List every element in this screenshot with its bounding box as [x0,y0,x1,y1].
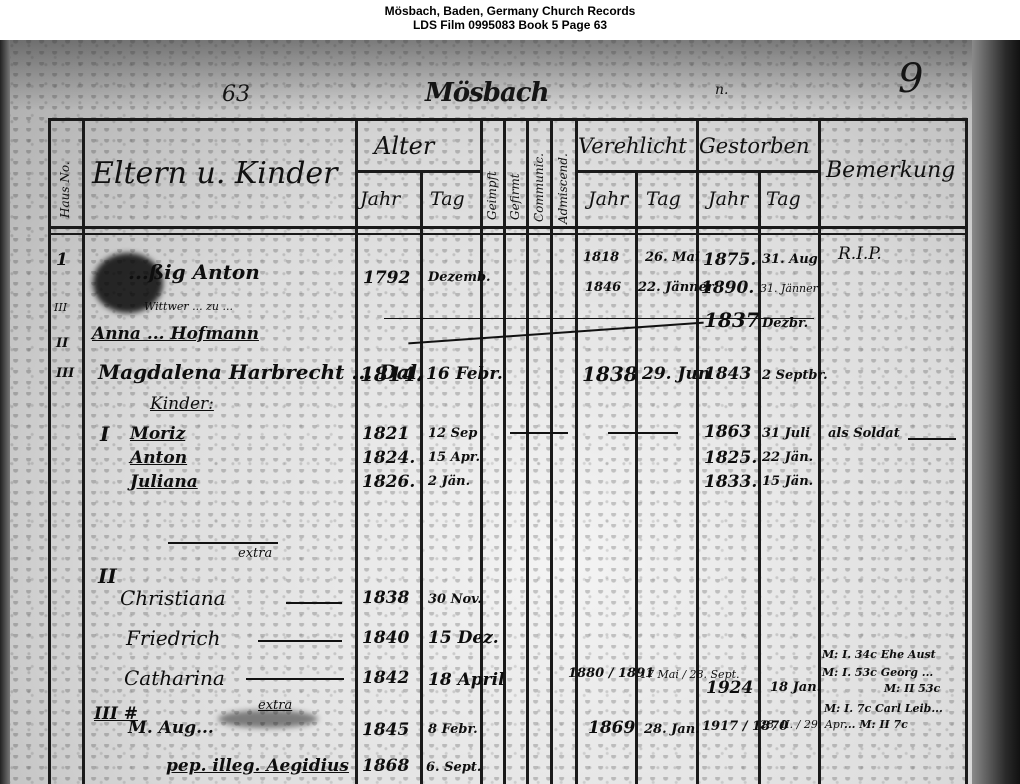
header-confirmed: Gefirmt [508,173,522,220]
entry-2-death-year: 1837 [704,308,760,332]
header-communion: Communic. [532,153,546,222]
caption-title: Mösbach, Baden, Germany Church Records [0,4,1020,18]
dash-line [246,678,344,680]
header-remarks: Bemerkung [826,158,955,183]
col-rule-1 [82,118,85,784]
right-page-edge [972,40,1020,784]
child-III-1-name: pep. illeg. Aegidius [166,756,349,776]
entry-3-birth-year: 1814. [360,362,423,386]
child-I-1-birth-year: 1824. [362,448,415,468]
group-II-marker: II [98,564,117,588]
entry-0-marr-year: 1818 [583,250,619,265]
child-I-2-birth-day: 2 Jän. [428,474,470,489]
header-died: Gestorben [699,134,810,158]
entry-3-death-year: 1843 [704,364,751,384]
group-I-marker: I [100,422,109,446]
col-rule-11 [758,170,761,784]
child-I-0-birth-year: 1821 [362,424,409,444]
table-top-rule [48,118,968,121]
group-II-note: extra [238,546,272,561]
page-number: 63 [222,82,250,107]
corner-mark: n. [715,82,728,98]
entry-0-death-year: 1875. [703,250,756,270]
entry-2-house: II [56,336,68,351]
remark-line-2: M: II 53c [884,682,940,695]
strikeout-smudge [218,710,318,728]
entry-0-marr-day: 26. Mai [645,250,700,265]
child-II-2-death-day: 18 Jan. [770,680,821,695]
child-II-1-name: Friedrich [126,626,221,650]
child-II-1-birth-day: 15 Dez. [428,628,499,648]
col-rule-3 [420,170,423,784]
child-II-2-name: Catharina [124,666,225,690]
child-III-0-death-day: 28. II. / 29. Apr. [760,718,847,731]
child-II-2-birth-year: 1842 [362,668,409,688]
header-married-day: Tag [646,188,681,210]
col-rule-7 [550,118,553,784]
entry-2-death-day: Dezbr. [762,316,808,331]
entry-0-birth-day: Dezemb. [428,270,491,285]
header-parents-children: Eltern u. Kinder [92,156,338,191]
col-rule-10 [696,118,699,784]
remark-line-4: ... M: II 7c [844,718,908,731]
remark-line-3: M: I. 7c Carl Leib... [824,702,943,715]
header-died-year: Jahr [708,188,748,210]
header-house-no: Haus No. [58,161,72,218]
header-married: Verehlicht [578,134,687,158]
child-I-1-death-year: 1825. [704,448,757,468]
crossing-line [408,322,703,345]
entry-3-birth-day: 16 Febr. [426,364,503,384]
child-I-2-birth-year: 1826. [362,472,415,492]
child-III-1-birth-day: 6. Sept. [426,760,481,775]
child-I-1-name: Anton [130,448,187,468]
entry-3-house: III [56,366,74,381]
entry-1-name: Wittwer ... zu ... [144,300,233,313]
entry-3-marr-day: 29. Jun [642,364,710,384]
scanned-register-page: 63 Mösbach n. 9 Haus No. Eltern u. Kinde… [0,40,1020,784]
col-rule-0 [48,118,51,784]
header-vaccinated: Geimpft [485,171,499,220]
child-III-1-birth-year: 1868 [362,756,409,776]
dash-line [608,432,678,434]
rule-line [168,542,278,544]
header-age-day: Tag [430,188,465,210]
child-I-0-death-day: 31 Juli [762,426,810,441]
child-I-0-remark: als Soldat [828,426,900,441]
dash-line [510,432,568,434]
col-rule-6 [526,118,529,784]
child-I-0-name: Moriz [130,424,185,444]
register-table: Haus No. Eltern u. Kinder Alter Jahr Tag… [48,118,968,784]
entry-3-death-day: 2 Septbr. [762,368,828,383]
child-II-1-birth-year: 1840 [362,628,409,648]
section-kinder: Kinder: [150,394,214,414]
header-died-day: Tag [766,188,801,210]
col-rule-9 [635,170,638,784]
child-I-2-name: Juliana [130,472,198,492]
child-I-0-death-year: 1863 [704,422,751,442]
entry-0-house: 1 [56,250,68,270]
header-married-year: Jahr [588,188,628,210]
child-III-0-marr-year: 1869 [588,718,635,738]
child-III-0-name: M. Aug... [128,718,214,738]
col-rule-13 [965,118,968,784]
entry-0-death-day: 31. Aug [762,252,818,267]
header-double-rule [48,233,968,235]
header-age: Alter [374,132,434,160]
entry-2-name: Anna ... Hofmann [92,324,259,344]
header-admitted: Admiscend. [556,153,570,224]
remark-line-1: M: I. 53c Georg ... [822,666,933,679]
entry-0-name: ...ßig Anton [128,260,260,284]
sheet-number: 9 [898,56,923,102]
age-subheader-rule [355,170,480,173]
entry-3-marr-year: 1838 [582,362,638,386]
child-I-1-birth-day: 15 Apr. [428,450,480,465]
left-page-edge [0,40,10,784]
child-II-2-death-year: 1924 [706,678,753,698]
dash-line [258,640,342,642]
dash-line [286,602,342,604]
child-II-0-name: Christiana [120,586,226,610]
entry-1-house: III [54,301,67,314]
header-age-year: Jahr [360,188,400,210]
child-I-2-death-day: 15 Jän. [762,474,813,489]
document-caption: Mösbach, Baden, Germany Church Records L… [0,0,1020,40]
remark-line-0: M: I. 34c Ehe Aust [822,648,936,661]
child-III-0-birth-day: 8 Febr. [428,722,478,737]
col-rule-2 [355,118,358,784]
dash-line [908,438,956,440]
caption-subtitle: LDS Film 0995083 Book 5 Page 63 [0,18,1020,32]
header-bottom-rule [48,226,968,229]
child-I-2-death-year: 1833. [704,472,757,492]
entry-1-marr-year: 1846 [585,280,621,295]
entry-1-death-day: 31. Jänner [760,282,818,295]
col-rule-8 [575,118,578,784]
entry-1-death-year: 1890. [701,278,754,298]
child-I-1-death-day: 22 Jän. [762,450,813,465]
child-III-0-birth-year: 1845 [362,720,409,740]
place-name: Mösbach [425,78,549,108]
entry-0-birth-year: 1792 [363,268,410,288]
child-II-2-birth-day: 18 April [428,670,505,690]
entry-0-remark: R.I.P. [838,244,882,264]
child-II-0-birth-year: 1838 [362,588,409,608]
child-II-0-birth-day: 30 Nov. [428,592,482,607]
child-I-0-birth-day: 12 Sep [428,426,477,441]
child-III-0-marr-day: 28. Jan. [644,722,700,737]
